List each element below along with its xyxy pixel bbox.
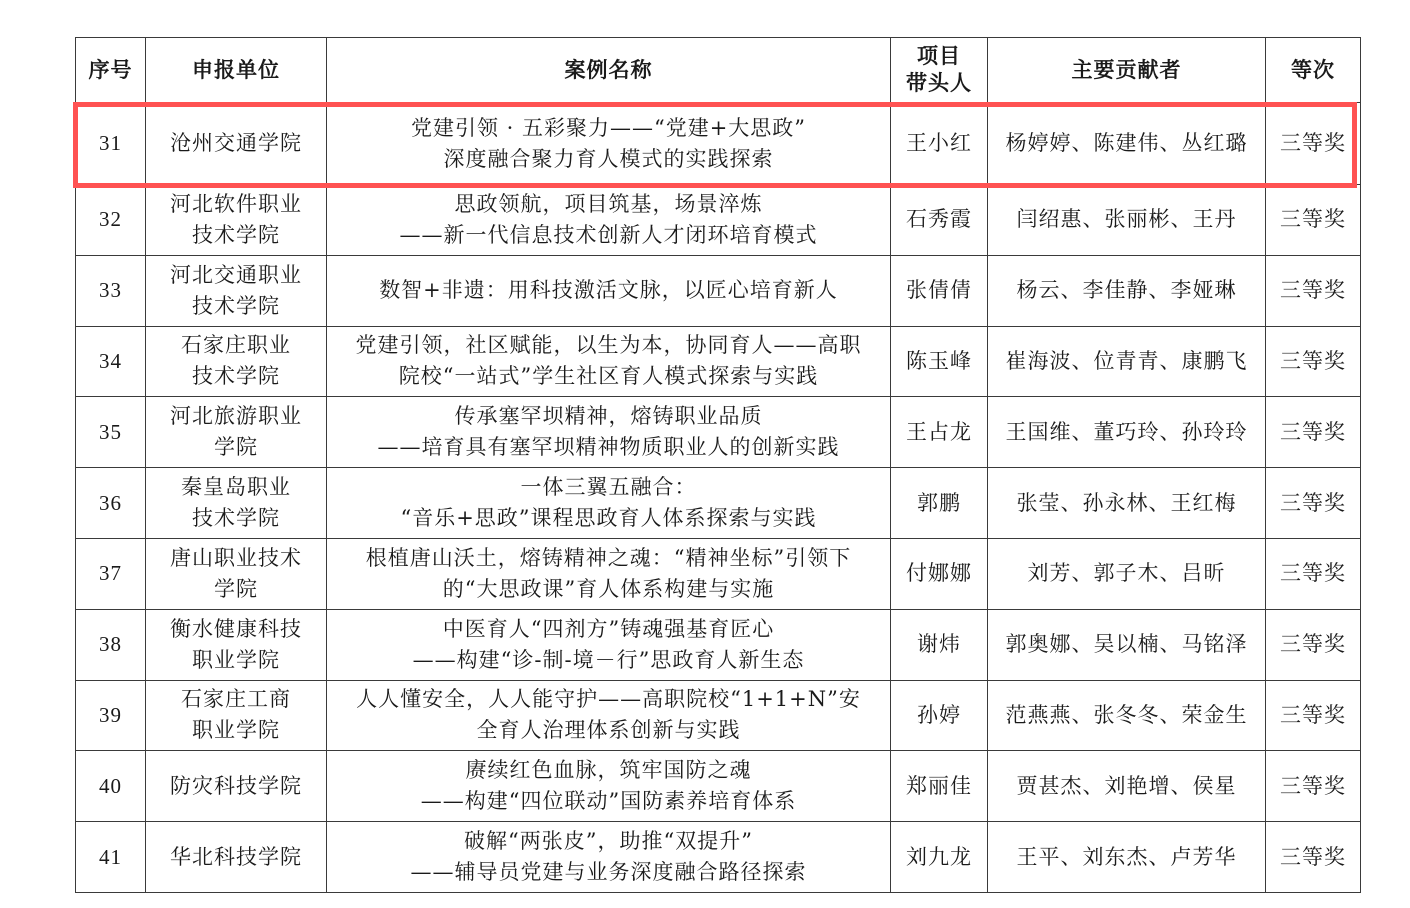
cell-grade: 三等奖 — [1266, 255, 1361, 326]
cell-seq: 33 — [76, 255, 146, 326]
cell-case-name: 赓续红色血脉，筑牢国防之魂——构建“四位联动”国防素养培育体系 — [327, 751, 891, 822]
header-contributors: 主要贡献者 — [988, 38, 1266, 103]
case-name-line: 中医育人“四剂方”铸魂强基育匠心 — [331, 614, 886, 645]
cell-case-name: 党建引领 · 五彩聚力——“党建+大思政”深度融合聚力育人模式的实践探索 — [327, 103, 891, 185]
cell-leader: 张倩倩 — [891, 255, 988, 326]
cell-grade: 三等奖 — [1266, 538, 1361, 609]
unit-line: 衡水健康科技 — [150, 614, 322, 645]
cell-grade: 三等奖 — [1266, 397, 1361, 468]
table-row: 39 石家庄工商职业学院 人人懂安全，人人能守护——高职院校“1+1+N”安全育… — [76, 680, 1361, 751]
header-seq: 序号 — [76, 38, 146, 103]
unit-line: 学院 — [150, 574, 322, 605]
cell-unit: 防灾科技学院 — [146, 751, 327, 822]
cell-unit: 唐山职业技术学院 — [146, 538, 327, 609]
cell-leader: 付娜娜 — [891, 538, 988, 609]
cell-seq: 38 — [76, 609, 146, 680]
case-name-line: 人人懂安全，人人能守护——高职院校“1+1+N”安 — [331, 684, 886, 715]
cell-leader: 王小红 — [891, 103, 988, 185]
cell-contributors: 王国维、董巧玲、孙玲玲 — [988, 397, 1266, 468]
award-table: 序号 申报单位 案例名称 项目 带头人 主要贡献者 等次 31 沧州交通学院 党… — [75, 37, 1361, 893]
cell-contributors: 杨云、李佳静、李娅琳 — [988, 255, 1266, 326]
unit-line: 石家庄工商 — [150, 684, 322, 715]
table-row: 33 河北交通职业技术学院 数智+非遗：用科技激活文脉，以匠心培育新人 张倩倩 … — [76, 255, 1361, 326]
cell-seq: 41 — [76, 822, 146, 893]
case-name-line: 的“大思政课”育人体系构建与实施 — [331, 574, 886, 605]
table-row: 40 防灾科技学院 赓续红色血脉，筑牢国防之魂——构建“四位联动”国防素养培育体… — [76, 751, 1361, 822]
unit-line: 防灾科技学院 — [150, 771, 322, 802]
unit-line: 技术学院 — [150, 291, 322, 322]
case-name-line: ——新一代信息技术创新人才闭环培育模式 — [331, 220, 886, 251]
header-row: 序号 申报单位 案例名称 项目 带头人 主要贡献者 等次 — [76, 38, 1361, 103]
cell-contributors: 郭奥娜、吴以楠、马铭泽 — [988, 609, 1266, 680]
header-leader-line2: 带头人 — [895, 70, 983, 97]
case-name-line: “音乐+思政”课程思政育人体系探索与实践 — [331, 503, 886, 534]
cell-unit: 华北科技学院 — [146, 822, 327, 893]
table-row: 35 河北旅游职业学院 传承塞罕坝精神，熔铸职业品质——培育具有塞罕坝精神物质职… — [76, 397, 1361, 468]
cell-leader: 刘九龙 — [891, 822, 988, 893]
case-name-line: ——辅导员党建与业务深度融合路径探索 — [331, 857, 886, 888]
table-row: 34 石家庄职业技术学院 党建引领，社区赋能，以生为本，协同育人——高职院校“一… — [76, 326, 1361, 397]
header-case-name: 案例名称 — [327, 38, 891, 103]
cell-case-name: 破解“两张皮”，助推“双提升”——辅导员党建与业务深度融合路径探索 — [327, 822, 891, 893]
unit-line: 河北旅游职业 — [150, 401, 322, 432]
cell-leader: 谢炜 — [891, 609, 988, 680]
case-name-line: 赓续红色血脉，筑牢国防之魂 — [331, 755, 886, 786]
case-name-line: 深度融合聚力育人模式的实践探索 — [331, 144, 886, 175]
cell-leader: 石秀霞 — [891, 185, 988, 256]
cell-seq: 32 — [76, 185, 146, 256]
cell-unit: 衡水健康科技职业学院 — [146, 609, 327, 680]
unit-line: 华北科技学院 — [150, 842, 322, 873]
unit-line: 唐山职业技术 — [150, 543, 322, 574]
case-name-line: 院校“一站式”学生社区育人模式探索与实践 — [331, 361, 886, 392]
cell-unit: 河北软件职业技术学院 — [146, 185, 327, 256]
case-name-line: 破解“两张皮”，助推“双提升” — [331, 826, 886, 857]
cell-case-name: 人人懂安全，人人能守护——高职院校“1+1+N”安全育人治理体系创新与实践 — [327, 680, 891, 751]
unit-line: 技术学院 — [150, 361, 322, 392]
case-name-line: ——培育具有塞罕坝精神物质职业人的创新实践 — [331, 432, 886, 463]
cell-grade: 三等奖 — [1266, 680, 1361, 751]
table-row: 38 衡水健康科技职业学院 中医育人“四剂方”铸魂强基育匠心——构建“诊-制-境… — [76, 609, 1361, 680]
cell-seq: 37 — [76, 538, 146, 609]
case-name-line: 一体三翼五融合： — [331, 472, 886, 503]
unit-line: 技术学院 — [150, 503, 322, 534]
unit-line: 沧州交通学院 — [150, 128, 322, 159]
cell-case-name: 中医育人“四剂方”铸魂强基育匠心——构建“诊-制-境－行”思政育人新生态 — [327, 609, 891, 680]
cell-grade: 三等奖 — [1266, 609, 1361, 680]
cell-seq: 34 — [76, 326, 146, 397]
unit-line: 河北交通职业 — [150, 260, 322, 291]
cell-leader: 王占龙 — [891, 397, 988, 468]
unit-line: 学院 — [150, 432, 322, 463]
cell-case-name: 一体三翼五融合：“音乐+思政”课程思政育人体系探索与实践 — [327, 468, 891, 539]
header-leader: 项目 带头人 — [891, 38, 988, 103]
table-row: 41 华北科技学院 破解“两张皮”，助推“双提升”——辅导员党建与业务深度融合路… — [76, 822, 1361, 893]
unit-line: 技术学院 — [150, 220, 322, 251]
cell-unit: 河北旅游职业学院 — [146, 397, 327, 468]
unit-line: 石家庄职业 — [150, 330, 322, 361]
cell-grade: 三等奖 — [1266, 468, 1361, 539]
unit-line: 职业学院 — [150, 715, 322, 746]
table-row: 36 秦皇岛职业技术学院 一体三翼五融合：“音乐+思政”课程思政育人体系探索与实… — [76, 468, 1361, 539]
cell-case-name: 思政领航，项目筑基，场景淬炼——新一代信息技术创新人才闭环培育模式 — [327, 185, 891, 256]
unit-line: 河北软件职业 — [150, 189, 322, 220]
case-name-line: 传承塞罕坝精神，熔铸职业品质 — [331, 401, 886, 432]
case-name-line: 思政领航，项目筑基，场景淬炼 — [331, 189, 886, 220]
cell-contributors: 崔海波、位青青、康鹏飞 — [988, 326, 1266, 397]
cell-seq: 35 — [76, 397, 146, 468]
cell-leader: 郑丽佳 — [891, 751, 988, 822]
cell-case-name: 根植唐山沃土，熔铸精神之魂：“精神坐标”引领下的“大思政课”育人体系构建与实施 — [327, 538, 891, 609]
cell-case-name: 党建引领，社区赋能，以生为本，协同育人——高职院校“一站式”学生社区育人模式探索… — [327, 326, 891, 397]
cell-leader: 陈玉峰 — [891, 326, 988, 397]
table-row: 32 河北软件职业技术学院 思政领航，项目筑基，场景淬炼——新一代信息技术创新人… — [76, 185, 1361, 256]
case-name-line: 根植唐山沃土，熔铸精神之魂：“精神坐标”引领下 — [331, 543, 886, 574]
case-name-line: 党建引领，社区赋能，以生为本，协同育人——高职 — [331, 330, 886, 361]
cell-seq: 39 — [76, 680, 146, 751]
cell-contributors: 刘芳、郭子木、吕昕 — [988, 538, 1266, 609]
cell-unit: 石家庄职业技术学院 — [146, 326, 327, 397]
header-unit: 申报单位 — [146, 38, 327, 103]
cell-case-name: 数智+非遗：用科技激活文脉，以匠心培育新人 — [327, 255, 891, 326]
cell-contributors: 范燕燕、张冬冬、荣金生 — [988, 680, 1266, 751]
case-name-line: ——构建“四位联动”国防素养培育体系 — [331, 786, 886, 817]
case-name-line: 数智+非遗：用科技激活文脉，以匠心培育新人 — [331, 275, 886, 306]
case-name-line: 党建引领 · 五彩聚力——“党建+大思政” — [331, 113, 886, 144]
cell-grade: 三等奖 — [1266, 103, 1361, 185]
cell-contributors: 王平、刘东杰、卢芳华 — [988, 822, 1266, 893]
cell-grade: 三等奖 — [1266, 326, 1361, 397]
case-name-line: ——构建“诊-制-境－行”思政育人新生态 — [331, 645, 886, 676]
cell-contributors: 闫绍惠、张丽彬、王丹 — [988, 185, 1266, 256]
cell-unit: 沧州交通学院 — [146, 103, 327, 185]
cell-contributors: 张莹、孙永林、王红梅 — [988, 468, 1266, 539]
header-leader-line1: 项目 — [895, 43, 983, 70]
cell-unit: 石家庄工商职业学院 — [146, 680, 327, 751]
cell-leader: 孙婷 — [891, 680, 988, 751]
cell-seq: 40 — [76, 751, 146, 822]
cell-grade: 三等奖 — [1266, 751, 1361, 822]
cell-seq: 31 — [76, 103, 146, 185]
header-grade: 等次 — [1266, 38, 1361, 103]
case-name-line: 全育人治理体系创新与实践 — [331, 715, 886, 746]
cell-unit: 河北交通职业技术学院 — [146, 255, 327, 326]
cell-seq: 36 — [76, 468, 146, 539]
table-row: 31 沧州交通学院 党建引领 · 五彩聚力——“党建+大思政”深度融合聚力育人模… — [76, 103, 1361, 185]
cell-case-name: 传承塞罕坝精神，熔铸职业品质——培育具有塞罕坝精神物质职业人的创新实践 — [327, 397, 891, 468]
cell-grade: 三等奖 — [1266, 822, 1361, 893]
cell-unit: 秦皇岛职业技术学院 — [146, 468, 327, 539]
cell-contributors: 杨婷婷、陈建伟、丛红璐 — [988, 103, 1266, 185]
cell-leader: 郭鹏 — [891, 468, 988, 539]
table-body: 31 沧州交通学院 党建引领 · 五彩聚力——“党建+大思政”深度融合聚力育人模… — [76, 103, 1361, 893]
cell-contributors: 贾甚杰、刘艳增、侯星 — [988, 751, 1266, 822]
unit-line: 职业学院 — [150, 645, 322, 676]
table-row: 37 唐山职业技术学院 根植唐山沃土，熔铸精神之魂：“精神坐标”引领下的“大思政… — [76, 538, 1361, 609]
cell-grade: 三等奖 — [1266, 185, 1361, 256]
unit-line: 秦皇岛职业 — [150, 472, 322, 503]
